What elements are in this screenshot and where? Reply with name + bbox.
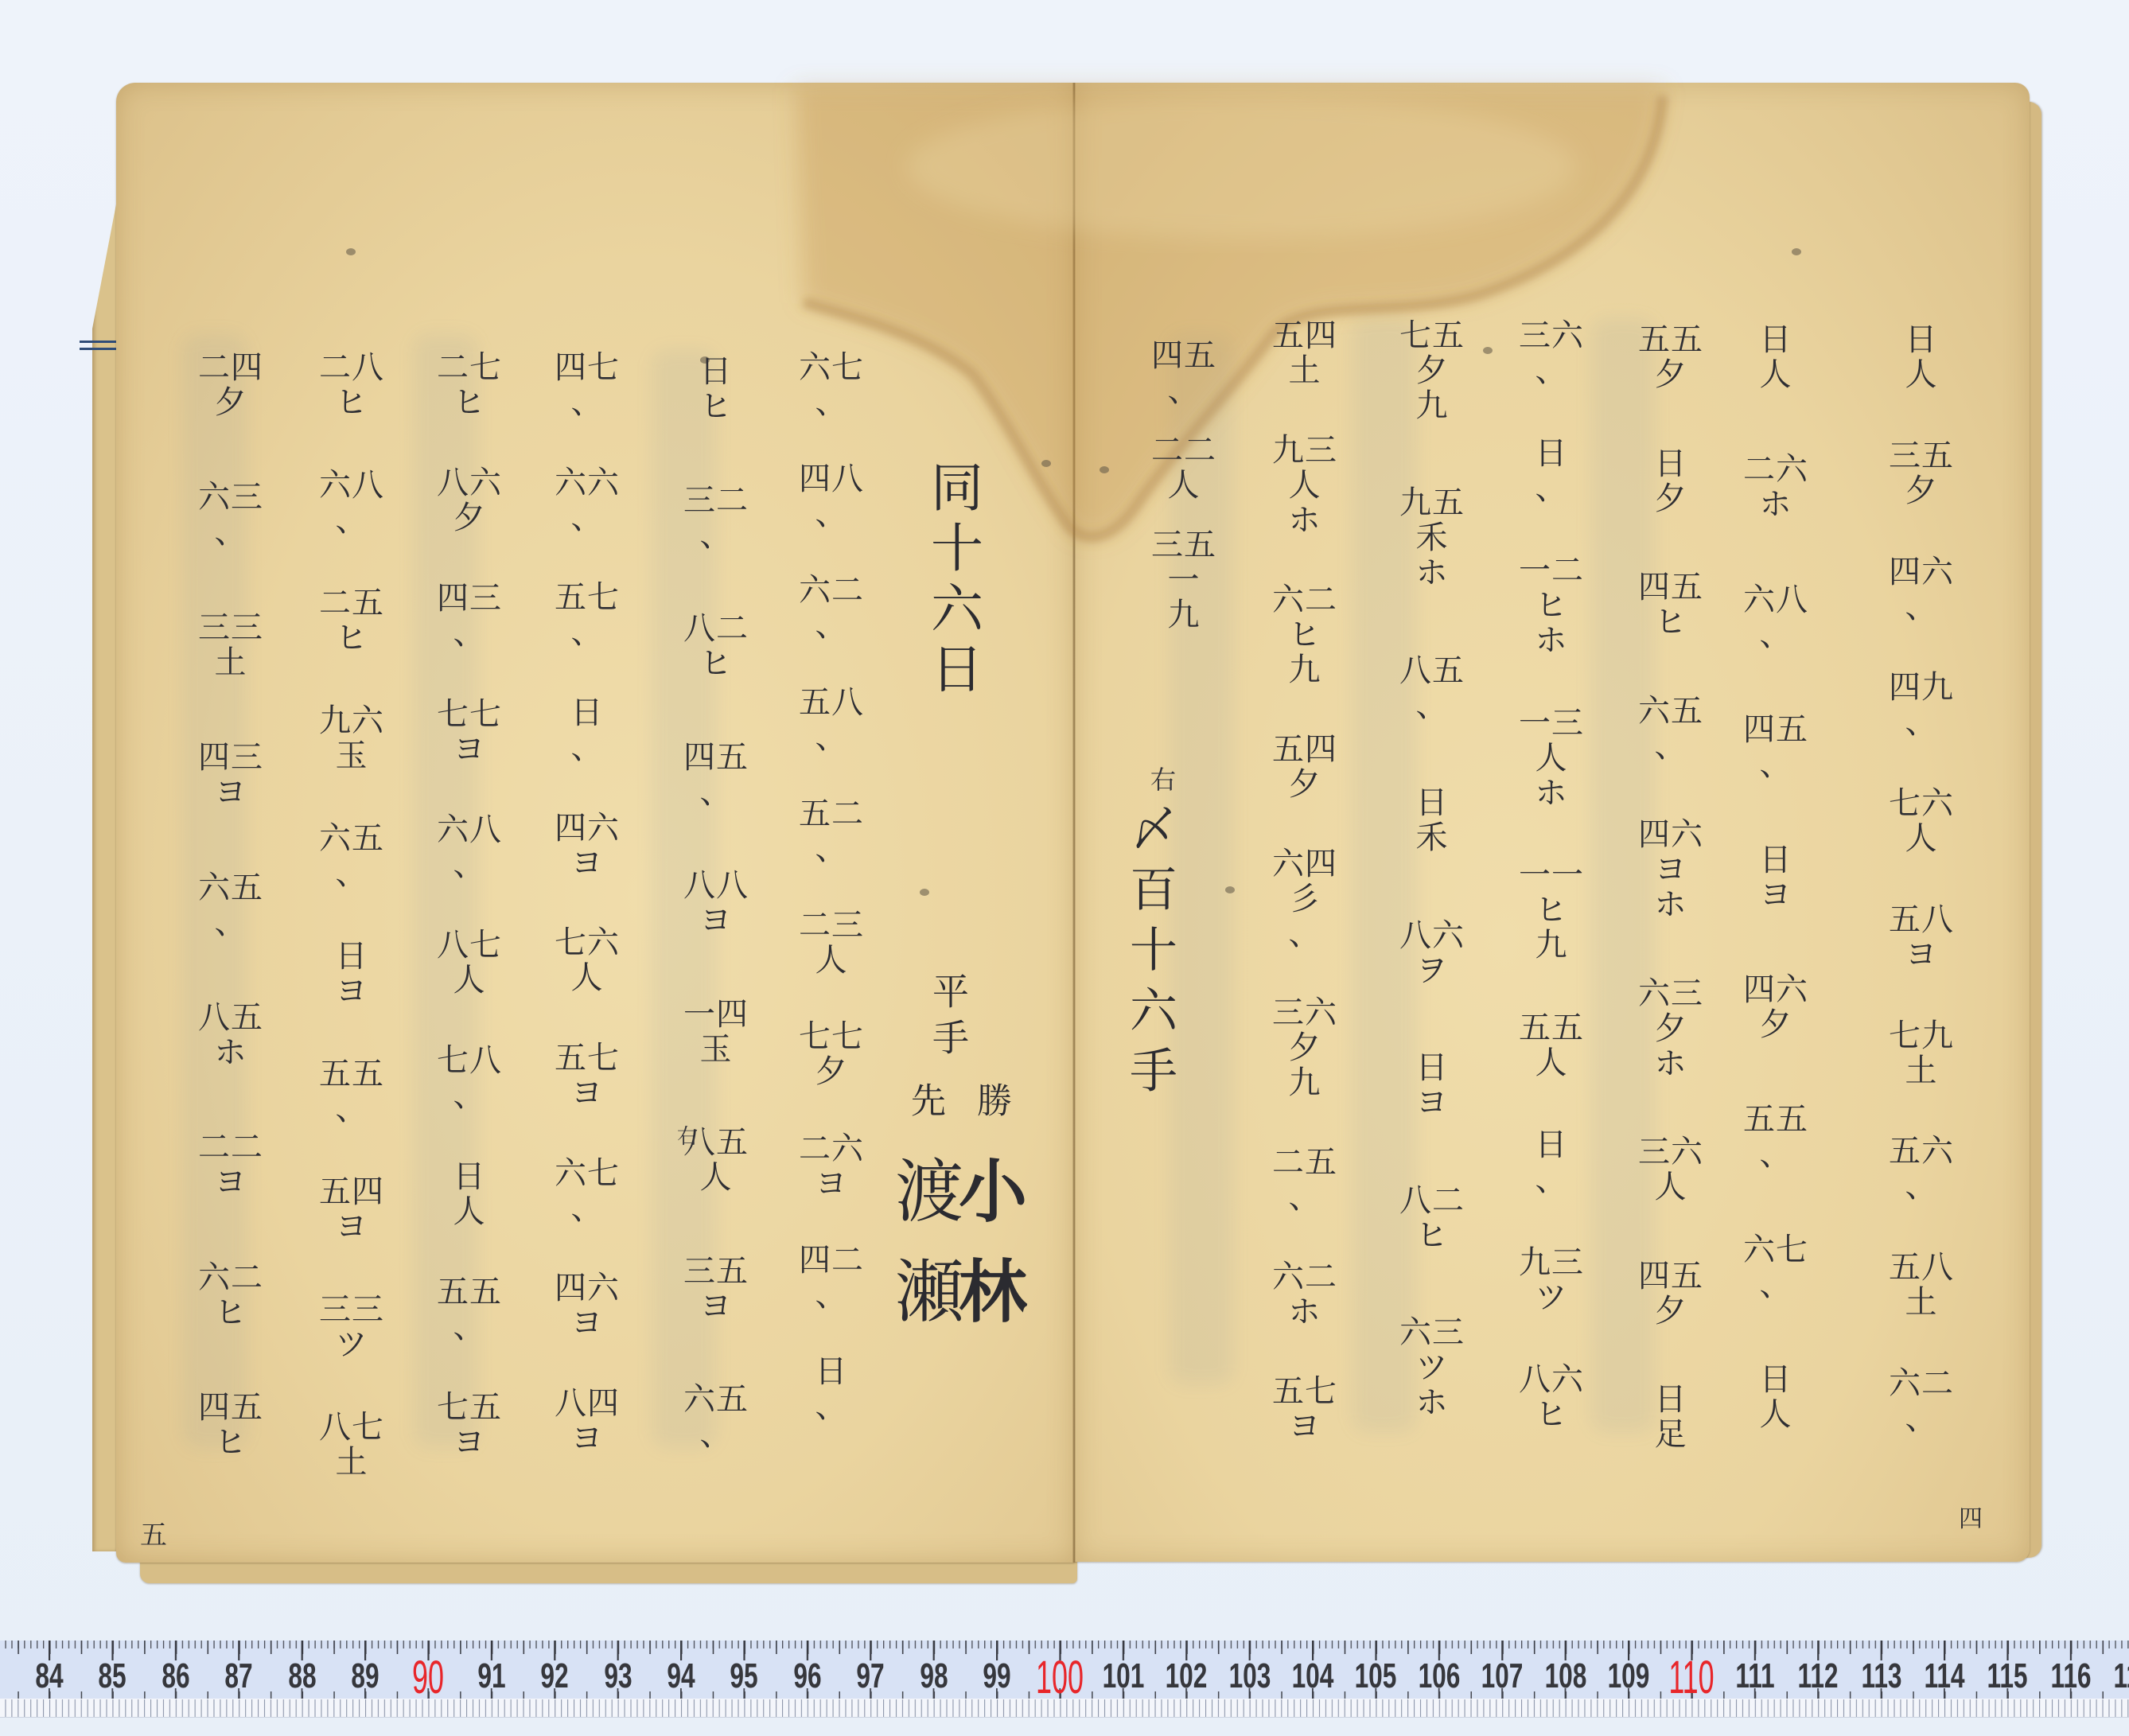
ruler-label: 96 bbox=[793, 1659, 821, 1694]
ink-spot bbox=[1225, 886, 1235, 893]
move: 五五 、 bbox=[319, 1057, 384, 1127]
move: 五五 、 bbox=[437, 1275, 502, 1345]
ruler-label: 93 bbox=[604, 1659, 632, 1694]
move: 四五 ヒ bbox=[198, 1390, 263, 1460]
move: 三三 ツ bbox=[319, 1292, 384, 1362]
move: 三三 土 bbox=[198, 610, 263, 680]
move: 六八 、 bbox=[1743, 582, 1808, 652]
move: 四六 夕 bbox=[1743, 972, 1808, 1042]
move-column: 日 人 二六 ホ 六八 、 四五 、 日 ヨ 四六 夕 五五 、 六七 、 日 … bbox=[1724, 322, 1827, 1432]
move: 四六 ヨ bbox=[555, 811, 620, 881]
ruler-label: 107 bbox=[1481, 1659, 1524, 1694]
move: 四五 夕 bbox=[1638, 1259, 1703, 1329]
move: 六七 、 bbox=[1743, 1232, 1808, 1302]
move: 四三 ヨ bbox=[198, 740, 263, 810]
ruler-label: 92 bbox=[541, 1659, 569, 1694]
move: 二四 夕 bbox=[198, 350, 263, 420]
ruler-label-highlighted: 90 bbox=[412, 1655, 444, 1701]
move: 五八 、 bbox=[799, 685, 864, 755]
ruler-label: 109 bbox=[1608, 1659, 1650, 1694]
move: 四六 、 bbox=[1889, 555, 1954, 625]
ruler-label: 102 bbox=[1166, 1659, 1208, 1694]
move: 七七 夕 bbox=[799, 1019, 864, 1089]
ruler-label: 85 bbox=[99, 1659, 126, 1694]
ruler-label: 86 bbox=[162, 1659, 189, 1694]
ink-spot bbox=[1483, 347, 1493, 354]
move: 五二 、 bbox=[799, 796, 864, 866]
move: 七九 土 bbox=[1889, 1018, 1954, 1088]
move: 二六 ヨ bbox=[799, 1131, 864, 1201]
move: 八六 ヒ bbox=[1519, 1362, 1584, 1432]
move: 四九 、 bbox=[1889, 670, 1954, 740]
move: 八七 人 bbox=[437, 928, 502, 998]
move: 三五 一 九 bbox=[1151, 527, 1216, 633]
move: 日 ヨ bbox=[1416, 1050, 1449, 1120]
move: 五五 、 bbox=[1743, 1102, 1808, 1172]
ink-spot bbox=[1041, 460, 1051, 467]
ruler-label: 105 bbox=[1355, 1659, 1397, 1694]
ruler-label-highlighted: 110 bbox=[1669, 1655, 1714, 1701]
move: 三五 夕 bbox=[1889, 438, 1954, 508]
move: 三六 夕 九 bbox=[1272, 995, 1337, 1100]
move: 六二 、 bbox=[799, 573, 864, 643]
move: 三二 、 bbox=[683, 483, 749, 553]
move: 八二 ヒ bbox=[683, 611, 749, 681]
move: 四八 、 bbox=[799, 461, 864, 531]
move: 日 ヨ bbox=[1760, 843, 1792, 913]
move-column: 二七 ヒ 八六 夕 四三 、 七七 ヨ 六八 、 八七 人 七八 、 日 人 五… bbox=[418, 350, 521, 1460]
move: 七八 、 bbox=[437, 1043, 502, 1113]
move: 日 人 bbox=[453, 1159, 486, 1229]
move: 四五 、 bbox=[1151, 338, 1216, 408]
move: 二七 ヒ bbox=[437, 350, 502, 420]
move: 五五 人 bbox=[1519, 1010, 1584, 1080]
move: 日 、 bbox=[571, 695, 604, 765]
move: 四五 、 bbox=[683, 740, 749, 810]
move: 日 人 bbox=[1760, 1362, 1792, 1432]
ruler-label: 111 bbox=[1735, 1659, 1774, 1694]
move: 七七 ヨ bbox=[437, 697, 502, 767]
total-moves: 〆百十六手 bbox=[1115, 804, 1184, 1106]
move: 五八 土 bbox=[1889, 1250, 1954, 1320]
ruler-label: 87 bbox=[225, 1659, 253, 1694]
move: 五四 ヨ bbox=[319, 1174, 384, 1244]
game-type: 平手 bbox=[922, 972, 975, 1065]
ruler-label: 116 bbox=[2050, 1659, 2091, 1694]
move: 六二 ホ bbox=[1272, 1259, 1337, 1329]
move-column: 日 ヒ 三二 、 八二 ヒ 四五 、 八八 ヨ 一四 玉 八五 人 三五 ヨ 六… bbox=[664, 354, 768, 1452]
move: 九三 ツ bbox=[1519, 1245, 1584, 1315]
move: 四三 、 bbox=[437, 581, 502, 651]
move: 六三 ツ ホ bbox=[1399, 1315, 1465, 1420]
ruler-label: 98 bbox=[920, 1659, 948, 1694]
margin-note: 右 bbox=[677, 1120, 698, 1150]
scanned-manuscript: 日 人 三五 夕 四六 、 四九 、 七六 人 五八 ヨ 七九 土 五六 、 五… bbox=[0, 0, 2129, 1736]
ruler-label: 113 bbox=[1861, 1659, 1901, 1694]
move: 五四 土 bbox=[1272, 318, 1337, 388]
move: 一一 ヒ 九 bbox=[1519, 858, 1584, 963]
move-column: 四五 、 二二 人 三五 一 九 bbox=[1132, 338, 1236, 633]
move: 日 禾 bbox=[1416, 785, 1449, 855]
move: 六五 、 bbox=[319, 821, 384, 891]
ruler-label: 117 bbox=[2114, 1659, 2129, 1694]
move: 二三 人 bbox=[799, 908, 864, 978]
ruler-label: 84 bbox=[35, 1659, 63, 1694]
move-column: 七五 夕 九 九五 禾 ホ 八五 、 日 禾 八六 ヲ 日 ヨ 八二 ヒ 六三 … bbox=[1380, 318, 1484, 1420]
move: 五七 、 bbox=[555, 580, 620, 650]
ruler-label: 106 bbox=[1418, 1659, 1460, 1694]
move: 六五 、 bbox=[198, 870, 263, 940]
move: 六五 、 bbox=[1638, 694, 1703, 764]
move: 八六 ヲ bbox=[1399, 918, 1465, 988]
ink-spot bbox=[346, 248, 356, 255]
ruler-label: 112 bbox=[1798, 1659, 1839, 1694]
move: 日 、 bbox=[815, 1354, 848, 1424]
move: 日 夕 bbox=[1655, 446, 1687, 516]
ink-spot bbox=[920, 889, 929, 896]
move: 四七 、 bbox=[555, 350, 620, 420]
move: 九六 玉 bbox=[319, 703, 384, 773]
move: 八七 土 bbox=[319, 1410, 384, 1480]
move: 三六 、 bbox=[1519, 318, 1584, 388]
move: 四六 ヨ bbox=[555, 1271, 620, 1341]
move: 一三 人 ホ bbox=[1519, 706, 1584, 811]
move: 五七 ヨ bbox=[1272, 1374, 1337, 1444]
move: 二二 人 bbox=[1151, 433, 1216, 503]
move: 日 ヒ bbox=[700, 354, 733, 424]
gote-player-name: 小林 bbox=[937, 1155, 1036, 1356]
move: 六五 、 bbox=[683, 1382, 749, 1452]
move: 日 、 bbox=[1535, 1127, 1568, 1197]
move-column: 日 人 三五 夕 四六 、 四九 、 七六 人 五八 ヨ 七九 土 五六 、 五… bbox=[1870, 322, 1973, 1436]
ruler-label: 108 bbox=[1544, 1659, 1586, 1694]
move-column: 六七 、 四八 、 六二 、 五八 、 五二 、 二三 人 七七 夕 二六 ヨ … bbox=[780, 350, 883, 1424]
move: 六六 、 bbox=[555, 465, 620, 535]
move: 二二 ヨ bbox=[198, 1130, 263, 1200]
ruler-label: 97 bbox=[857, 1659, 885, 1694]
move: 五六 、 bbox=[1889, 1134, 1954, 1204]
move-column: 三六 、 日 、 一二 ヒ ホ 一三 人 ホ 一一 ヒ 九 五五 人 日 、 九… bbox=[1500, 318, 1603, 1432]
move: 五五 夕 bbox=[1638, 322, 1703, 392]
move: 六七 、 bbox=[555, 1156, 620, 1226]
move: 日 人 bbox=[1905, 322, 1938, 392]
move-column: 五五 夕 日 夕 四五 ヒ 六五 、 四六 ヨ ホ 六三 夕 ホ 三六 人 四五… bbox=[1619, 322, 1722, 1452]
move: 三五 ヨ bbox=[683, 1254, 749, 1324]
move: 八六 夕 bbox=[437, 465, 502, 535]
move: 八八 ヨ bbox=[683, 868, 749, 938]
move: 六四 彡 、 bbox=[1272, 847, 1337, 952]
move: 六三 夕 ホ bbox=[1638, 976, 1703, 1081]
move: 日 人 bbox=[1760, 322, 1792, 392]
result-label: 右 bbox=[1150, 760, 1176, 796]
move: 一二 ヒ ホ bbox=[1519, 553, 1584, 658]
page-number-right: 四 bbox=[1959, 1499, 1983, 1534]
sente-mark: 先 bbox=[899, 1082, 950, 1117]
move-column: 二八 ヒ 六八 、 二五 ヒ 九六 玉 六五 、 日 ヨ 五五 、 五四 ヨ 三… bbox=[300, 350, 403, 1480]
move: 七六 人 bbox=[555, 925, 620, 995]
winner-mark: 勝 bbox=[965, 1082, 1016, 1117]
move: 七六 人 bbox=[1889, 786, 1954, 856]
ruler-label: 99 bbox=[983, 1659, 1010, 1694]
ruler-label: 89 bbox=[351, 1659, 379, 1694]
move: 日 足 bbox=[1655, 1382, 1687, 1452]
ruler-label: 95 bbox=[730, 1659, 758, 1694]
move: 日 ヨ bbox=[336, 939, 368, 1009]
move: 六八 、 bbox=[437, 812, 502, 882]
ruler-label: 101 bbox=[1102, 1659, 1144, 1694]
move: 二六 ホ bbox=[1743, 452, 1808, 522]
move: 四五 ヒ bbox=[1638, 570, 1703, 640]
ruler-label: 103 bbox=[1228, 1659, 1271, 1694]
move: 一四 玉 bbox=[683, 997, 749, 1067]
ruler-label: 94 bbox=[667, 1659, 695, 1694]
move: 六七 、 bbox=[799, 350, 864, 420]
move: 二五 、 bbox=[1272, 1145, 1337, 1215]
ruler-label: 91 bbox=[477, 1659, 505, 1694]
move: 七五 ヨ bbox=[437, 1390, 502, 1460]
ink-spot bbox=[1100, 466, 1109, 473]
move-column: 五四 土 九三 人 ホ 六二 ヒ 九 五四 夕 六四 彡 、 三六 夕 九 二五… bbox=[1253, 318, 1356, 1444]
move: 七五 夕 九 bbox=[1399, 318, 1465, 423]
move: 五七 ヨ bbox=[555, 1041, 620, 1111]
ruler-label: 104 bbox=[1292, 1659, 1334, 1694]
move: 八二 ヒ bbox=[1399, 1183, 1465, 1253]
move: 八五 ホ bbox=[198, 1000, 263, 1070]
move: 六三 、 bbox=[198, 480, 263, 550]
move: 九五 禾 ホ bbox=[1399, 485, 1465, 590]
ruler-label: 115 bbox=[1987, 1659, 2028, 1694]
move-column: 四七 、 六六 、 五七 、 日 、 四六 ヨ 七六 人 五七 ヨ 六七 、 四… bbox=[535, 350, 639, 1456]
move: 九三 人 ホ bbox=[1272, 433, 1337, 538]
move: 八五 、 bbox=[1399, 653, 1465, 723]
ink-spot bbox=[1792, 248, 1801, 255]
ruler-label: 114 bbox=[1924, 1659, 1964, 1694]
move: 五四 夕 bbox=[1272, 732, 1337, 802]
move: 五八 ヨ bbox=[1889, 902, 1954, 972]
move: 六二 ヒ 九 bbox=[1272, 582, 1337, 687]
move: 六二 、 bbox=[1889, 1366, 1954, 1436]
move: 八四 ヨ bbox=[555, 1386, 620, 1456]
ruler-label: 88 bbox=[288, 1659, 316, 1694]
move-column: 二四 夕 六三 、 三三 土 四三 ヨ 六五 、 八五 ホ 二二 ヨ 六二 ヒ … bbox=[179, 350, 282, 1460]
move: 三六 人 bbox=[1638, 1135, 1703, 1205]
date-heading: 同十六日 bbox=[915, 460, 991, 702]
move: 二五 ヒ bbox=[319, 586, 384, 656]
move: 二八 ヒ bbox=[319, 350, 384, 420]
move: 六二 ヒ bbox=[198, 1260, 263, 1330]
page-number-left: 五 bbox=[140, 1513, 167, 1552]
move: 四五 、 bbox=[1743, 712, 1808, 782]
ruler-label-highlighted: 100 bbox=[1036, 1655, 1084, 1701]
move: 六八 、 bbox=[319, 468, 384, 538]
move: 四二 、 bbox=[799, 1243, 864, 1313]
move: 日 、 bbox=[1535, 436, 1568, 506]
move: 四六 ヨ ホ bbox=[1638, 817, 1703, 922]
